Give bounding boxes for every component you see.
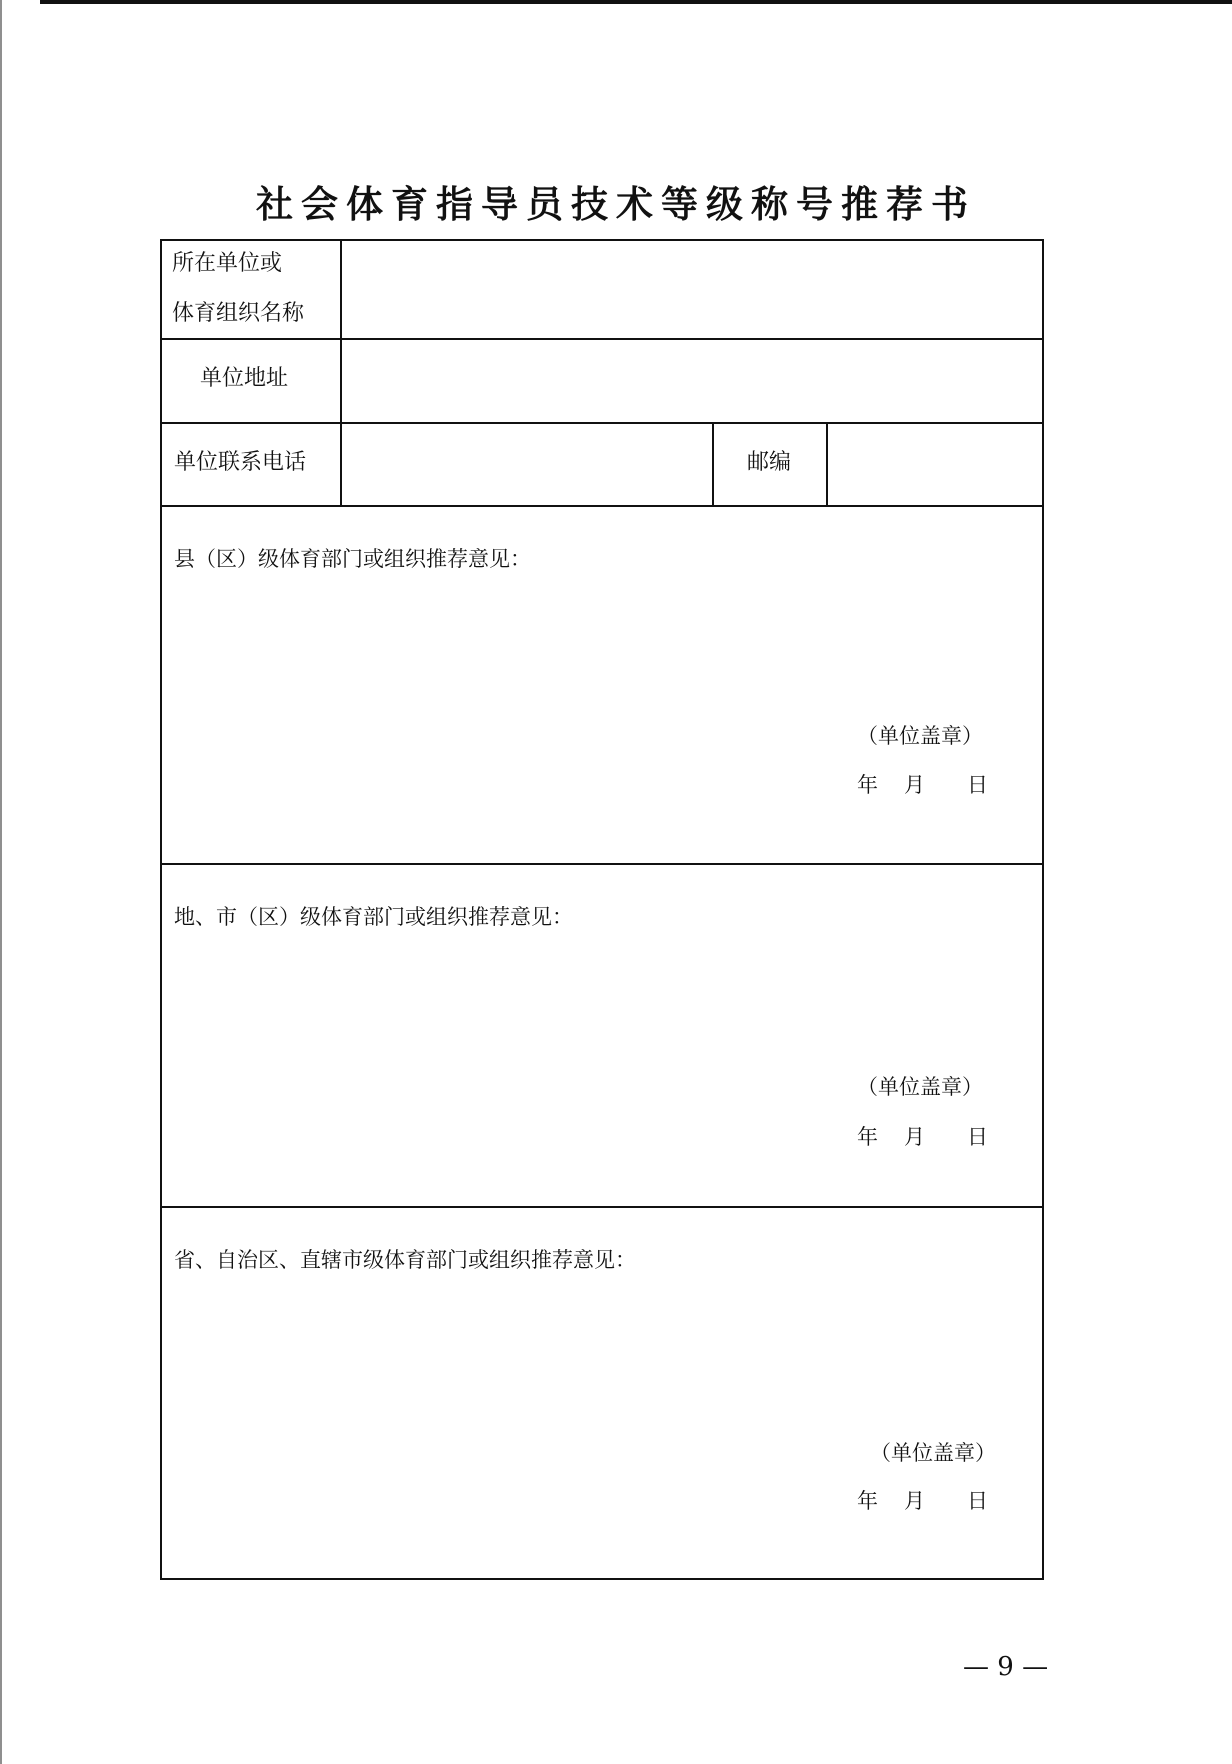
address-input[interactable] [342, 340, 1042, 422]
county-opinion-title: 县（区）级体育部门或组织推荐意见： [174, 543, 531, 573]
page-number: — 9 — [963, 1652, 1048, 1682]
city-opinion-title: 地、市（区）级体育部门或组织推荐意见： [174, 901, 573, 931]
phone-label: 单位联系电话 [174, 452, 306, 474]
phone-postcode-row: 单位联系电话 邮编 [162, 424, 1042, 507]
scan-edge-top [40, 0, 1232, 4]
address-label: 单位地址 [200, 368, 288, 390]
org-name-label-cell: 所在单位或 体育组织名称 [162, 241, 342, 338]
month-label: 月 [904, 1121, 925, 1151]
document-title: 社会体育指导员技术等级称号推荐书 [0, 186, 1232, 223]
phone-input[interactable] [342, 424, 712, 505]
city-seal-label: （单位盖章） [857, 1071, 983, 1101]
day-label: 日 [967, 1121, 988, 1151]
county-seal-label: （单位盖章） [857, 720, 983, 750]
year-label: 年 [857, 769, 878, 799]
org-name-input[interactable] [342, 241, 1042, 338]
province-date: 年月日 [857, 1485, 988, 1515]
recommendation-form: 所在单位或 体育组织名称 单位地址 单位联系电话 邮编 县（区）级体育部门或组 [160, 239, 1044, 1580]
phone-field[interactable] [342, 424, 714, 505]
month-label: 月 [904, 769, 925, 799]
year-label: 年 [857, 1121, 878, 1151]
county-date: 年月日 [857, 769, 988, 799]
org-name-label-line2: 体育组织名称 [172, 303, 304, 325]
month-label: 月 [904, 1485, 925, 1515]
org-name-row: 所在单位或 体育组织名称 [162, 241, 1042, 340]
day-label: 日 [967, 1485, 988, 1515]
org-name-label-line1: 所在单位或 [172, 253, 282, 275]
day-label: 日 [967, 769, 988, 799]
province-opinion-title: 省、自治区、直辖市级体育部门或组织推荐意见： [174, 1244, 636, 1274]
province-seal-label: （单位盖章） [870, 1437, 996, 1467]
address-label-cell: 单位地址 [162, 340, 342, 422]
phone-label-cell: 单位联系电话 [162, 424, 342, 505]
city-date: 年月日 [857, 1121, 988, 1151]
city-opinion-section[interactable]: 地、市（区）级体育部门或组织推荐意见： （单位盖章） 年月日 [162, 865, 1042, 1208]
address-row: 单位地址 [162, 340, 1042, 424]
county-opinion-section[interactable]: 县（区）级体育部门或组织推荐意见： （单位盖章） 年月日 [162, 507, 1042, 865]
postcode-field[interactable] [828, 424, 1042, 505]
province-opinion-section[interactable]: 省、自治区、直辖市级体育部门或组织推荐意见： （单位盖章） 年月日 [162, 1208, 1042, 1580]
year-label: 年 [857, 1485, 878, 1515]
postcode-input[interactable] [828, 424, 1042, 505]
postcode-label-cell: 邮编 [714, 424, 828, 505]
scan-edge-left [0, 0, 2, 1764]
address-field[interactable] [342, 340, 1042, 422]
org-name-field[interactable] [342, 241, 1042, 338]
postcode-label: 邮编 [747, 452, 791, 474]
